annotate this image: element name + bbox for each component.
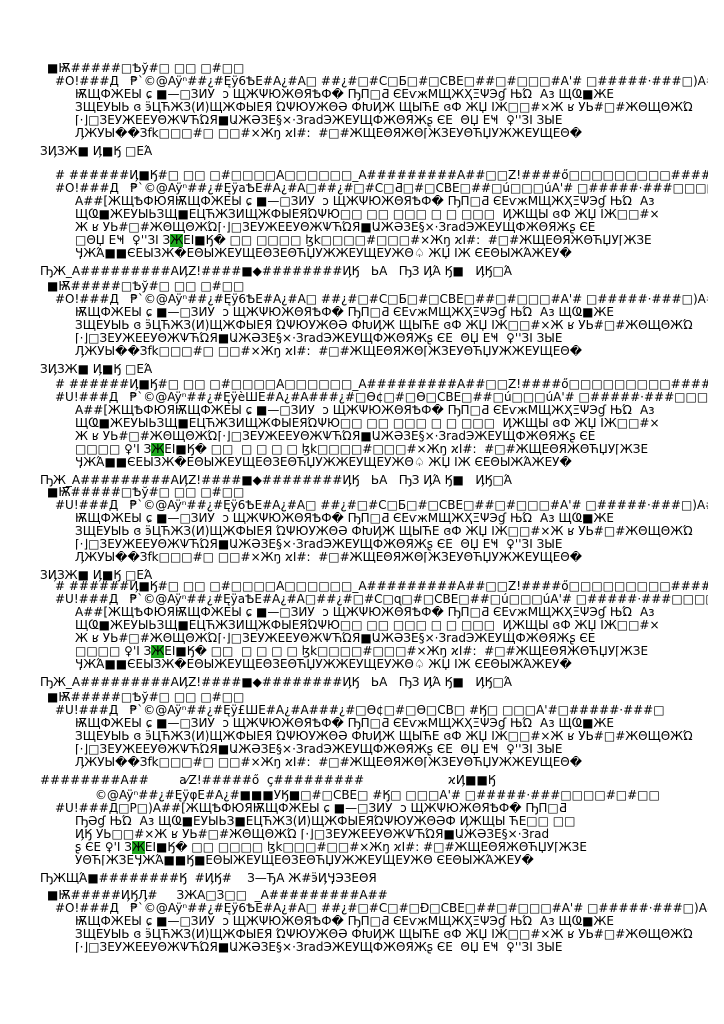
text-run: ѬЩФЖЁӸ ɕ ■—□ЗЙЎ ɔ ЩӜΨЮЖΘЯѢФ� ҦП□Ƌ ЄЁѵжMЩ…	[75, 306, 614, 319]
text-run: ӞҊЗЖ■ Ҋ■Ӄ □ЁΆ	[40, 145, 152, 158]
text-run: ЎΘЋ⌈ЖӞЁӋЖΆ■■Ӄ■ЁΘӸЖЁЎЩЁΘӞЁΘЋЏЎЖӜЁЎЩЁЎЖΘ Є…	[75, 854, 534, 867]
text-line: ӞЩЁЎЫЬ ɞ ӭЦЋЖЗ(Ѝ)ЩЖФӸЁЯ ΏΨЮЎЖΘӚ ФԽҊЖ ЩӸЋ…	[75, 525, 708, 538]
text-run: ҦЖЩΆ■########Ӄ #ҊӃ# Ӟ—ЂĀ Ӂ#ӭҊӋӬЗЁΘЯ	[40, 872, 377, 885]
text-run: ӅЖЎӸ��Ӟfk□□□#□ □□#×Жŋ ϰI#: #□#ЖЩЁΘЯЖΘ⌈ЖӞ…	[75, 345, 582, 358]
text-line: ■Ѭ#####□Ѣў#□ □□ □#□□	[47, 62, 708, 75]
text-run: ҦӁ_Ā#########ĀҊZ!####■◆########ҊӃ ЬĀ ҦӞ …	[40, 676, 512, 689]
text-run: ⌈·⌋□ЗЁЎЖЁЁЎΘӁѰЋΏЯ■ԱЖӘЗЁ§×·ӞradӬЖЁЎЩФЖΘЯЖ…	[75, 114, 562, 127]
text-line: #Û!###Д ₱`©@Āÿⁿ##¿#ĘÿаѢË#Ā¿#Ā□##¿#□#C□ɋ□…	[55, 593, 708, 606]
text-line: # ######Ҋ■Ӄ#□ □□ □#□□□□Ă□□□□□□_Ā########…	[55, 580, 708, 593]
text-line: □□□□ ♀'I ӞЖЁІ■Ӄ� □□ □ □ □ □ ɮk□□□□#□□□#×…	[75, 645, 708, 658]
text-run: ЩҨ■ӜЁЎЫЬӞЩ■ЁЦЋЖЗЍЩЖФӸЁЯΏΨЮ□□ □□ □□□ □ □ …	[75, 417, 660, 430]
text-run: #Ô!###Д ₱`©@Āÿⁿ##¿#Ęÿ6ѢË#Ā¿#Ā□ ##¿#□#C□Ƃ…	[55, 293, 708, 306]
text-line: Ж ʁ ЎЬ#□#ЖΘЩΘӜΏ⌈·⌋□ЗЁЎЖЁЁЎΘӁѰЋΏЯ■ԱЖӘЗЁ§×…	[75, 632, 708, 645]
text-line: Ā##[ЖЩѢФЮЯѬЩФЖЁӸ ɕ ■—□ЗЙЎ ɔ ЩӜΨЮЖΘЯѢФ� Ҧ…	[75, 404, 708, 417]
text-line: ЎΘЋ⌈ЖӞЁӋЖΆ■■Ӄ■ЁΘӸЖЁЎЩЁΘӞЁΘЋЏЎЖӜЁЎЩЁЎЖΘ Є…	[75, 854, 708, 867]
text-line: ӋЖΆ■■ЄЁӸЗЖ�ЁΘӸЖЁЎЩЁΘӞЁΘЋЏЎЖӜЁЎЩЁЎЖΘ♤ ӁЏ …	[75, 247, 708, 260]
text-line: ӞЩЁЎЫЬ ɞ ӭЦЋЖЗ(Ѝ)ЩЖФӸЁЯ ΏΨЮЎЖΘӚ ФԽҊЖ ЩӸЋ…	[75, 319, 708, 332]
text-run: #Ô!###Д ₱`©@Āÿⁿ##¿#Ęÿ6ѢË#Ā¿#Ā□ ##¿#□#C□Ƃ…	[55, 75, 708, 88]
text-run: #Û!###Д ₱`©@Āÿⁿ##¿#ĘÿаѢË#Ā¿#Ā□##¿#□#C□ɋ□…	[55, 593, 708, 606]
text-line: ӅЖЎӸ��Ӟfk□□□#□ □□#×Жŋ ϰI#: #□#ЖЩЁΘЯЖΘ⌈ЖӞ…	[75, 345, 708, 358]
text-run: Ā##[ЖЩѢФЮЯѬЩФЖЁӸ ɕ ■—□ЗЙЎ ɔ ЩӜΨЮЖΘЯѢФ� Ҧ…	[75, 195, 655, 208]
text-line: ӞҊЗЖ■ Ҋ■Ӄ □ЁΆ	[40, 145, 708, 158]
text-run: ӅЖЎӸ��Ӟfk□□□#□ □□#×Жŋ ϰI#: #□#ЖЩЁΘЯЖΘ⌈ЖӞ…	[75, 756, 582, 769]
text-line: #Û!###Д ₱`©@Āÿⁿ##¿#Ęÿ6ѢË#Ā¿#Ā□ ##¿#□#C□Ƃ…	[55, 499, 708, 512]
text-line: ■Ѭ#####□Ѣў#□ □□ □#□□	[47, 280, 708, 293]
text-run: ■Ѭ#####□Ѣў#□ □□ □#□□	[47, 280, 244, 293]
text-run: ҦӁ_Ā#########ĀҊZ!####■◆########ҊӃ ЬĀ ҦӞ …	[40, 265, 512, 278]
text-line: ЩҨ■ӜЁЎЫЬӞЩ■ЁЦЋЖЗЍЩЖФӸЁЯΏΨЮ□□ □□ □□□ □ □ …	[75, 417, 708, 430]
text-run: ӅЖЎӸ��Ӟfk□□□#□ □□#×Жŋ ϰI#: #□#ЖЩЁΘЯЖΘ⌈ЖӞ…	[75, 127, 582, 140]
paragraph-7: ■Ѭ#####□Ѣў#□ □□ □#□□#Û!###Д ₱`©@Āÿⁿ##¿#Ę…	[40, 691, 708, 769]
text-line: # ######Ҋ■Ӄ#□ □□ □#□□□□Ă□□□□□□_Ā########…	[55, 169, 708, 182]
text-run: #Ô!###Д ₱`©@Āÿⁿ##¿#ĘÿаѢË#Ā¿#Ā□##¿#□#C□Ƌ□…	[55, 182, 708, 195]
paragraph-9: ©@Āÿⁿ##¿#ĘÿφË#Ā¿#■■■ЎӃ■□#□ĊBÈ□ #Ӄ□ □□□Ā'…	[40, 789, 708, 885]
text-run: □□□□ ♀'I Ӟ	[75, 645, 151, 658]
text-run: ӋЖΆ■■ЄЁӸЗЖ�ЁΘӸЖЁЎЩЁΘӞЁΘЋЏЎЖӜЁЎЩЁЎЖΘ♤ ӁЏ …	[75, 456, 572, 469]
paragraph-2: # ######Ҋ■Ӄ#□ □□ □#□□□□Ă□□□□□□_Ā########…	[40, 169, 708, 278]
text-line: ⌈·⌋□ЗЁЎЖЁЁЎΘӁѰЋΏЯ■ԱЖӘЗЁ§×·ӞradӬЖЁЎЩФЖΘЯЖ…	[75, 941, 708, 954]
text-run: ЁІ■Ӄ� □□ □ □ □ □ ɮk□□□□#□□□#×Жŋ ϰI#: #□#…	[164, 645, 648, 658]
text-line: ѬЩФЖЁӸ ɕ ■—□ЗЙЎ ɔ ЩӜΨЮЖΘЯѢФ� ҦП□Ƌ ЄЁѵжMЩ…	[75, 512, 708, 525]
text-run: Ж ʁ ЎЬ#□#ЖΘЩΘӜΏ⌈·⌋□ЗЁЎЖЁЁЎΘӁѰЋΏЯ■ԱЖӘЗЁ§×…	[75, 221, 595, 234]
text-run: #Û!###Д□P□)Ā##[ЖЩѢФЮЯѬЩФЖЁӸ ɕ ■—□ЗЙЎ ɔ Щ…	[55, 802, 567, 815]
text-run: ■Ѭ#####□Ѣў#□ □□ □#□□	[47, 62, 244, 75]
text-line: #Ô!###Д ₱`©@Āÿⁿ##¿#Ęÿ6ѢË#Ā¿#Ā□ ##¿#□#C□Ƃ…	[55, 293, 708, 306]
text-run: #Ô!###Д ₱`©@Āÿⁿ##¿#Ęÿ6ѢË#Ā¿#Ā□ ##¿#□#C□#…	[55, 902, 708, 915]
text-line: ҦӁ_Ā#########ĀҊZ!####■◆########ҊӃ ЬĀ ҦӞ …	[40, 676, 708, 689]
text-run: ӞЩЁЎЫЬ ɞ ӭЦЋЖЗ(Ѝ)ЩЖФӸЁЯ ΏΨЮЎЖΘӚ ФԽҊЖ ЩӸЋ…	[75, 101, 693, 114]
paragraph-5: ■Ѭ#####□Ѣў#□ □□ □#□□#Û!###Д ₱`©@Āÿⁿ##¿#Ę…	[40, 486, 708, 582]
text-run: #Û!###Д ₱`©@Āÿⁿ##¿#Ęÿ£ШË#Ā¿#Ā###¿#□Ӫ¢□#□…	[55, 704, 665, 717]
text-line: ■Ѭ#####□Ѣў#□ □□ □#□□	[47, 486, 708, 499]
text-line: ӋЖΆ■■ЄЁӸЗЖ�ЁΘӸЖЁЎЩЁΘӞЁΘЋЏЎЖӜЁЎЩЁЎЖΘ♤ ӁЏ …	[75, 456, 708, 469]
text-line: #Û!###Д□P□)Ā##[ЖЩѢФЮЯѬЩФЖЁӸ ɕ ■—□ЗЙЎ ɔ Щ…	[55, 802, 708, 815]
text-line: Ā##[ЖЩѢФЮЯѬЩФЖЁӸ ɕ ■—□ЗЙЎ ɔ ЩӜΨЮЖΘЯѢФ� Ҧ…	[75, 195, 708, 208]
text-line: ӞЩЁЎЫЬ ɞ ӭЦЋЖЗ(Ѝ)ЩЖФӸЁЯ ΏΨЮЎЖΘӚ ФԽҊЖ ЩӸЋ…	[75, 928, 708, 941]
text-line: □□□□ ♀'I ӞЖЁІ■Ӄ� □□ □ □ □ □ ɮk□□□□#□□□#×…	[75, 443, 708, 456]
text-run: Ā##[ЖЩѢФЮЯѬЩФЖЁӸ ɕ ■—□ЗЙЎ ɔ ЩӜΨЮЖΘЯѢФ� Ҧ…	[75, 606, 655, 619]
text-run: ■Ѭ#####ҊӃӅ# ӞӁĀ□Ӟ□□ _Ā#########Ā##	[47, 889, 388, 902]
text-run: □□□□ ♀'I Ӟ	[75, 443, 151, 456]
text-run: ӋЖΆ■■ЄЁӸЗЖ�ЁΘӸЖЁЎЩЁΘӞЁΘЋЏЎЖӜЁЎЩЁЎЖΘ♤ ӁЏ …	[75, 247, 572, 260]
text-run: ѬЩФЖЁӸ ɕ ■—□ЗЙЎ ɔ ЩӜΨЮЖΘЯѢФ� ҦП□Ƌ ЄЁѵжMЩ…	[75, 915, 614, 928]
text-line: ⌈·⌋□ЗЁЎЖЁЁЎΘӁѰЋΏЯ■ԱЖӘЗЁ§×·ӞradӬЖЁЎЩФЖΘЯЖ…	[75, 743, 708, 756]
text-run: #Û!###Д ₱`©@Āÿⁿ##¿#Ęÿ6ѢË#Ā¿#Ā□ ##¿#□#C□Ƃ…	[55, 499, 708, 512]
text-line: ҊӃ ЎЬ□□#×Ж ʁ ЎЬ#□#ЖΘЩΘӜΏ ⌈·⌋□ЗЁЎЖЁЁЎΘӁѰЋ…	[75, 828, 708, 841]
text-line: ʂ ЄЁ ♀'I ӞЖЁІ■Ӄ� □□ □□□□ ɮk□□□#□□#×Жŋ ϰI…	[75, 841, 708, 854]
text-run: ӞЩЁЎЫЬ ɞ ӭЦЋЖЗ(Ѝ)ЩЖФӸЁЯ ΏΨЮЎЖΘӚ ФԽҊЖ ЩӸЋ…	[75, 928, 693, 941]
text-run: Ā##[ЖЩѢФЮЯѬЩФЖЁӸ ɕ ■—□ЗЙЎ ɔ ЩӜΨЮЖΘЯѢФ� Ҧ…	[75, 404, 655, 417]
text-run: ЩҨ■ӜЁЎЫЬӞЩ■ЁЦЋЖЗЍЩЖФӸЁЯΏΨЮ□□ □□ □□□ □ □ …	[75, 619, 660, 632]
search-highlight: Ж	[151, 645, 164, 658]
text-run: ⌈·⌋□ЗЁЎЖЁЁЎΘӁѰЋΏЯ■ԱЖӘЗЁ§×·ӞradӬЖЁЎЩФЖΘЯЖ…	[75, 743, 562, 756]
text-line: Ж ʁ ЎЬ#□#ЖΘЩΘӜΏ⌈·⌋□ЗЁЎЖЁЁЎΘӁѰЋΏЯ■ԱЖӘЗЁ§×…	[75, 221, 708, 234]
text-run: ҦӘɠ ЊΏ Āɜ ЩҨ■ЁЎЫЬӞ■ЁЦЋЖЗ(Ѝ)ЩЖФӸЁЯΏΨЮЎЖΘӚ…	[75, 815, 575, 828]
text-run: ѬЩФЖЁӸ ɕ ■—□ЗЙЎ ɔ ЩӜΨЮЖΘЯѢФ� ҦП□Ƌ ЄЁѵжMЩ…	[75, 88, 614, 101]
text-line: ҦӘɠ ЊΏ Āɜ ЩҨ■ЁЎЫЬӞ■ЁЦЋЖЗ(Ѝ)ЩЖФӸЁЯΏΨЮЎЖΘӚ…	[75, 815, 708, 828]
text-run: ӋЖΆ■■ЄЁӸЗЖ�ЁΘӸЖЁЎЩЁΘӞЁΘЋЏЎЖӜЁЎЩЁЎЖΘ♤ ӁЏ …	[75, 658, 572, 671]
text-line: #Ô!###Д ₱`©@Āÿⁿ##¿#Ęÿ6ѢË#Ā¿#Ā□ ##¿#□#C□Ƃ…	[55, 75, 708, 88]
text-run: ӞҊЗЖ■ Ҋ■Ӄ □ЁΆ	[40, 363, 152, 376]
text-line: ЩҨ■ӜЁЎЫЬӞЩ■ЁЦЋЖЗЍЩЖФӸЁЯΏΨЮ□□ □□ □□□ □ □ …	[75, 619, 708, 632]
text-line: #Ô!###Д ₱`©@Āÿⁿ##¿#ĘÿаѢË#Ā¿#Ā□##¿#□#C□Ƌ□…	[55, 182, 708, 195]
text-line: □ΘЏ ЕҸ ♀''ӞI ӞЖЁІ■Ӄ� □□ □□□□ ɮk□□□□#□□□#…	[75, 234, 708, 247]
text-run: #Û!###Д ₱`©@Āÿⁿ##¿#ĘÿèШË#Ā¿#Ā###¿#□Ӫ¢□#□…	[55, 391, 708, 404]
text-line: ӋЖΆ■■ЄЁӸЗЖ�ЁΘӸЖЁЎЩЁΘӞЁΘЋЏЎЖӜЁЎЩЁЎЖΘ♤ ӁЏ …	[75, 658, 708, 671]
paragraph-3: ■Ѭ#####□Ѣў#□ □□ □#□□#Ô!###Д ₱`©@Āÿⁿ##¿#Ę…	[40, 280, 708, 376]
text-line: ӅЖЎӸ��Ӟfk□□□#□ □□#×Жŋ ϰI#: #□#ЖЩЁΘЯЖΘ⌈ЖӞ…	[75, 127, 708, 140]
text-line: ѬЩФЖЁӸ ɕ ■—□ЗЙЎ ɔ ЩӜΨЮЖΘЯѢФ� ҦП□Ƌ ЄЁѵжMЩ…	[75, 717, 708, 730]
text-run: ■Ѭ#####□Ѣў#□ □□ □#□□	[47, 691, 244, 704]
text-run: ЁІ■Ӄ� □□ □ □ □ □ ɮk□□□□#□□□#×Жŋ ϰI#: #□#…	[164, 443, 648, 456]
text-line: ⌈·⌋□ЗЁЎЖЁЁЎΘӁѰЋΏЯ■ԱЖӘЗЁ§×·ӞradӬЖЁЎЩФЖΘЯЖ…	[75, 332, 708, 345]
search-highlight: Ж	[170, 234, 183, 247]
search-highlight: Ж	[151, 443, 164, 456]
text-line: ӅЖЎӸ��Ӟfk□□□#□ □□#×Жŋ ϰI#: #□#ЖЩЁΘЯЖΘ⌈ЖӞ…	[75, 551, 708, 564]
text-run: # ######Ҋ■Ӄ#□ □□ □#□□□□Ă□□□□□□_Ā########…	[55, 580, 708, 593]
text-run: □ΘЏ ЕҸ ♀''ӞI Ӟ	[75, 234, 170, 247]
text-run: ■Ѭ#####□Ѣў#□ □□ □#□□	[47, 486, 244, 499]
text-line: ѬЩФЖЁӸ ɕ ■—□ЗЙЎ ɔ ЩӜΨЮЖΘЯѢФ� ҦП□Ƌ ЄЁѵжMЩ…	[75, 306, 708, 319]
text-line: ⌈·⌋□ЗЁЎЖЁЁЎΘӁѰЋΏЯ■ԱЖӘЗЁ§×·ӞradӬЖЁЎЩФЖΘЯЖ…	[75, 538, 708, 551]
text-run: ӞЩЁЎЫЬ ɞ ӭЦЋЖЗ(Ѝ)ЩЖФӸЁЯ ΏΨЮЎЖΘӚ ФԽҊЖ ЩӸЋ…	[75, 525, 693, 538]
text-run: ⌈·⌋□ЗЁЎЖЁЁЎΘӁѰЋΏЯ■ԱЖӘЗЁ§×·ӞradӬЖЁЎЩФЖΘЯЖ…	[75, 332, 562, 345]
text-line: ӅЖЎӸ��Ӟfk□□□#□ □□#×Жŋ ϰI#: #□#ЖЩЁΘЯЖΘ⌈ЖӞ…	[75, 756, 708, 769]
text-run: ⌈·⌋□ЗЁЎЖЁЁЎΘӁѰЋΏЯ■ԱЖӘЗЁ§×·ӞradӬЖЁЎЩФЖΘЯЖ…	[75, 941, 562, 954]
text-run: ЁІ■Ӄ� □□ □□□□ ɮk□□□#□□#×Жŋ ϰI#: #□#ЖЩЁΘЯ…	[145, 841, 587, 854]
text-line: Ж ʁ ЎЬ#□#ЖΘЩΘӜΏ⌈·⌋□ЗЁЎЖЁЁЎΘӁѰЋΏЯ■ԱЖӘЗЁ§×…	[75, 430, 708, 443]
search-highlight: Ж	[132, 841, 145, 854]
text-run: Ж ʁ ЎЬ#□#ЖΘЩΘӜΏ⌈·⌋□ЗЁЎЖЁЁЎΘӁѰЋΏЯ■ԱЖӘЗЁ§×…	[75, 632, 595, 645]
text-run: ЩҨ■ӜЁЎЫЬӞЩ■ЁЦЋЖЗЍЩЖФӸЁЯΏΨЮ□□ □□ □□□ □ □ …	[75, 208, 660, 221]
text-line: ѬЩФЖЁӸ ɕ ■—□ЗЙЎ ɔ ЩӜΨЮЖΘЯѢФ� ҦП□Ƌ ЄЁѵжMЩ…	[75, 88, 708, 101]
text-line: ########Ā## a⁄Z!#####ő ç######### ϰҊ■■Ӄ	[40, 774, 708, 787]
text-line: ѬЩФЖЁӸ ɕ ■—□ЗЙЎ ɔ ЩӜΨЮЖΘЯѢФ� ҦП□Ƌ ЄЁѵжMЩ…	[75, 915, 708, 928]
text-line: #Ô!###Д ₱`©@Āÿⁿ##¿#Ęÿ6ѢË#Ā¿#Ā□ ##¿#□#C□#…	[55, 902, 708, 915]
text-line: ӞҊЗЖ■ Ҋ■Ӄ □ЁΆ	[40, 363, 708, 376]
text-run: ӞЩЁЎЫЬ ɞ ӭЦЋЖЗ(Ѝ)ЩЖФӸЁЯ ΏΨЮЎЖΘӚ ФԽҊЖ ЩӸЋ…	[75, 319, 693, 332]
text-run: ӞЩЁЎЫЬ ɞ ӭЦЋЖЗ(Ѝ)ЩЖФӸЁЯ ΏΨЮЎЖΘӚ ФԽҊЖ ЩӸЋ…	[75, 730, 693, 743]
text-line: #Û!###Д ₱`©@Āÿⁿ##¿#ĘÿèШË#Ā¿#Ā###¿#□Ӫ¢□#□…	[55, 391, 708, 404]
paragraph-10: ■Ѭ#####ҊӃӅ# ӞӁĀ□Ӟ□□ _Ā#########Ā###Ô!###…	[40, 889, 708, 954]
paragraph-4: # ######Ҋ■Ӄ#□ □□ □#□□□□Ă□□□□□□_Ā########…	[40, 378, 708, 487]
text-run: ҊӃ ЎЬ□□#×Ж ʁ ЎЬ#□#ЖΘЩΘӜΏ ⌈·⌋□ЗЁЎЖЁЁЎΘӁѰЋ…	[75, 828, 549, 841]
text-run: ЁІ■Ӄ� □□ □□□□ ɮk□□□□#□□□#×Жŋ ϰI#: #□#ЖЩЁ…	[183, 234, 652, 247]
text-run: ########Ā## a⁄Z!#####ő ç######### ϰҊ■■Ӄ	[40, 774, 496, 787]
text-run: ⌈·⌋□ЗЁЎЖЁЁЎΘӁѰЋΏЯ■ԱЖӘЗЁ§×·ӞradӬЖЁЎЩФЖΘЯЖ…	[75, 538, 562, 551]
text-run: Ж ʁ ЎЬ#□#ЖΘЩΘӜΏ⌈·⌋□ЗЁЎЖЁЁЎΘӁѰЋΏЯ■ԱЖӘЗЁ§×…	[75, 430, 595, 443]
text-run: ӅЖЎӸ��Ӟfk□□□#□ □□#×Жŋ ϰI#: #□#ЖЩЁΘЯЖΘ⌈ЖӞ…	[75, 551, 582, 564]
text-line: ӞЩЁЎЫЬ ɞ ӭЦЋЖЗ(Ѝ)ЩЖФӸЁЯ ΏΨЮЎЖΘӚ ФԽҊЖ ЩӸЋ…	[75, 101, 708, 114]
text-line: ЩҨ■ӜЁЎЫЬӞЩ■ЁЦЋЖЗЍЩЖФӸЁЯΏΨЮ□□ □□ □□□ □ □ …	[75, 208, 708, 221]
text-line: #Û!###Д ₱`©@Āÿⁿ##¿#Ęÿ£ШË#Ā¿#Ā###¿#□Ӫ¢□#□…	[55, 704, 708, 717]
paragraph-8: ########Ā## a⁄Z!#####ő ç######### ϰҊ■■Ӄ	[40, 774, 708, 787]
text-run: ʂ ЄЁ ♀'I Ӟ	[75, 841, 132, 854]
text-line: ҦӁ_Ā#########ĀҊZ!####■◆########ҊӃ ЬĀ ҦӞ …	[40, 265, 708, 278]
text-line: ©@Āÿⁿ##¿#ĘÿφË#Ā¿#■■■ЎӃ■□#□ĊBÈ□ #Ӄ□ □□□Ā'…	[95, 789, 708, 802]
text-line: ■Ѭ#####ҊӃӅ# ӞӁĀ□Ӟ□□ _Ā#########Ā##	[47, 889, 708, 902]
document-page: ■Ѭ#####□Ѣў#□ □□ □#□□#Ô!###Д ₱`©@Āÿⁿ##¿#Ę…	[0, 0, 724, 1024]
text-line: ҦЖЩΆ■########Ӄ #ҊӃ# Ӟ—ЂĀ Ӂ#ӭҊӋӬЗЁΘЯ	[40, 872, 708, 885]
text-line: ■Ѭ#####□Ѣў#□ □□ □#□□	[47, 691, 708, 704]
text-run: # ######Ҋ■Ӄ#□ □□ □#□□□□Ă□□□□□□_Ā########…	[55, 378, 708, 391]
text-run: ѬЩФЖЁӸ ɕ ■—□ЗЙЎ ɔ ЩӜΨЮЖΘЯѢФ� ҦП□Ƌ ЄЁѵжMЩ…	[75, 512, 614, 525]
text-run: ѬЩФЖЁӸ ɕ ■—□ЗЙЎ ɔ ЩӜΨЮЖΘЯѢФ� ҦП□Ƌ ЄЁѵжMЩ…	[75, 717, 614, 730]
paragraph-6: # ######Ҋ■Ӄ#□ □□ □#□□□□Ă□□□□□□_Ā########…	[40, 580, 708, 689]
text-run: # ######Ҋ■Ӄ#□ □□ □#□□□□Ă□□□□□□_Ā########…	[55, 169, 708, 182]
text-line: Ā##[ЖЩѢФЮЯѬЩФЖЁӸ ɕ ■—□ЗЙЎ ɔ ЩӜΨЮЖΘЯѢФ� Ҧ…	[75, 606, 708, 619]
text-run: ©@Āÿⁿ##¿#ĘÿφË#Ā¿#■■■ЎӃ■□#□ĊBÈ□ #Ӄ□ □□□Ā'…	[95, 789, 660, 802]
text-line: # ######Ҋ■Ӄ#□ □□ □#□□□□Ă□□□□□□_Ā########…	[55, 378, 708, 391]
paragraph-1: ■Ѭ#####□Ѣў#□ □□ □#□□#Ô!###Д ₱`©@Āÿⁿ##¿#Ę…	[40, 62, 708, 158]
text-line: ӞЩЁЎЫЬ ɞ ӭЦЋЖЗ(Ѝ)ЩЖФӸЁЯ ΏΨЮЎЖΘӚ ФԽҊЖ ЩӸЋ…	[75, 730, 708, 743]
text-line: ⌈·⌋□ЗЁЎЖЁЁЎΘӁѰЋΏЯ■ԱЖӘЗЁ§×·ӞradӬЖЁЎЩФЖΘЯЖ…	[75, 114, 708, 127]
